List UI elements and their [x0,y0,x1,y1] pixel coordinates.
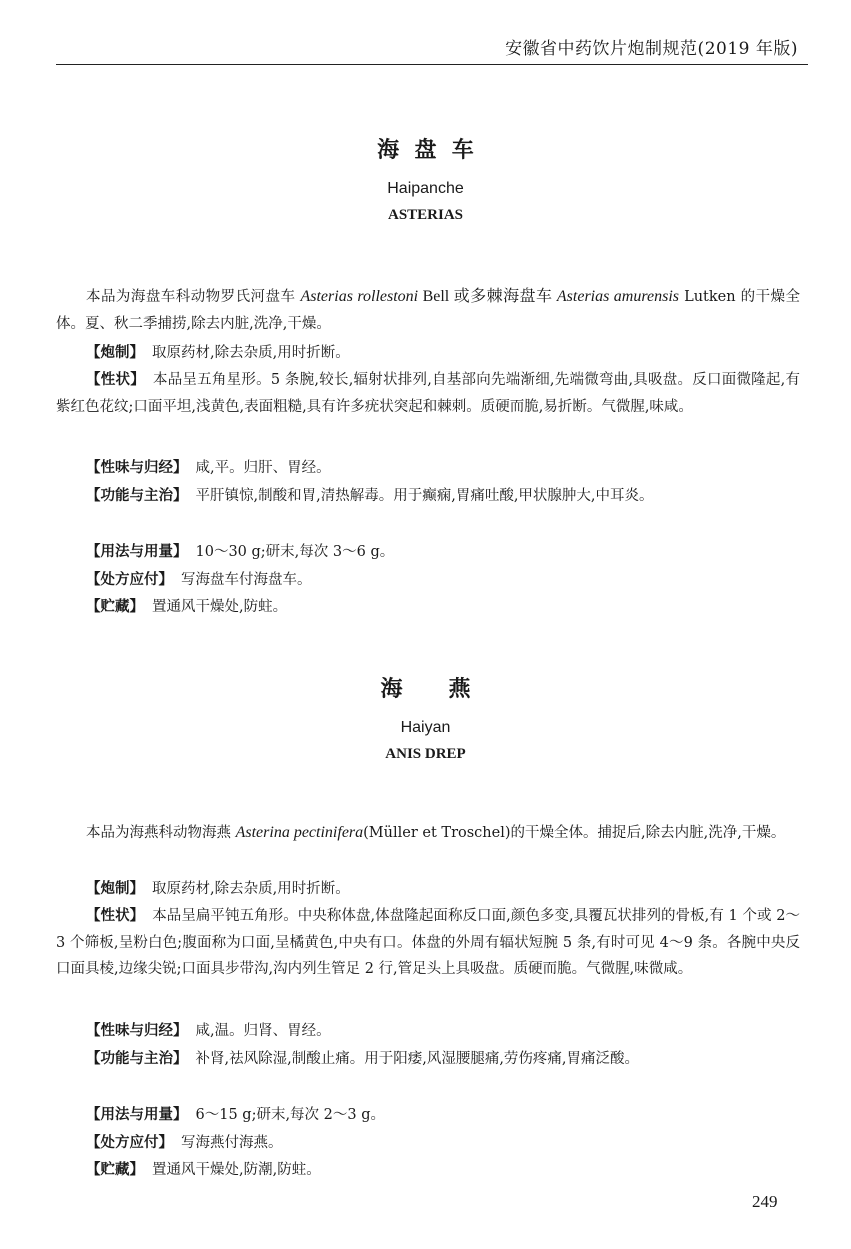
section-dosage: 【用法与用量】6～15 g;研末,每次 2～3 g。 [56,1102,800,1129]
entry-latin-name: ANIS DREP [0,746,851,763]
intro-text: 本品为海盘车科动物罗氏河盘车 [86,289,300,305]
page-number: 249 [752,1192,778,1212]
section-text: 写海盘车付海盘车。 [181,572,312,588]
section-storage: 【贮藏】置通风干燥处,防潮,防蛀。 [56,1157,800,1184]
section-dosage: 【用法与用量】10～30 g;研末,每次 3～6 g。 [56,539,800,566]
section-label: 【性状】 [86,372,145,388]
section-label: 【功能与主治】 [86,1051,188,1067]
intro-text: 本品为海燕科动物海燕 [86,825,236,841]
section-label: 【用法与用量】 [86,1107,188,1123]
section-text: 补肾,祛风除湿,制酸止痛。用于阳痿,风湿腰腿痛,劳伤疼痛,胃痛泛酸。 [196,1051,640,1067]
section-label: 【用法与用量】 [86,544,188,560]
section-function: 【功能与主治】补肾,祛风除湿,制酸止痛。用于阳痿,风湿腰腿痛,劳伤疼痛,胃痛泛酸… [56,1046,800,1073]
book-title: 安徽省中药饮片炮制规范(2019 年版) [505,34,798,59]
intro-text: Bell 或多棘海盘车 [418,288,557,305]
species-name: Asterias amurensis [557,288,679,305]
section-storage: 【贮藏】置通风干燥处,防蛀。 [56,594,800,621]
running-header: 安徽省中药饮片炮制规范(2019 年版) [56,24,808,65]
entry-title: 海 盘 车 [0,133,851,164]
section-label: 【炮制】 [86,345,144,361]
section-text: 本品呈扁平钝五角形。中央称体盘,体盘隆起面称反口面,颜色多变,具覆瓦状排列的骨板… [56,908,800,977]
section-processing: 【炮制】取原药材,除去杂质,用时折断。 [56,340,800,367]
section-label: 【炮制】 [86,881,144,897]
entry-pinyin: Haipanche [0,180,851,198]
section-text: 10～30 g;研末,每次 3～6 g。 [196,544,395,560]
section-description: 【性状】本品呈五角星形。5 条腕,较长,辐射状排列,自基部向先端渐细,先端微弯曲… [56,367,800,420]
section-label: 【性味与归经】 [86,1023,188,1039]
intro-text: (Müller et Troschel)的干燥全体。捕捉后,除去内脏,洗净,干燥… [363,825,785,841]
species-name: Asterina pectinifera [236,824,364,841]
section-label: 【性状】 [86,908,144,924]
section-text: 写海燕付海燕。 [181,1135,283,1151]
section-text: 置通风干燥处,防蛀。 [152,599,287,615]
section-description: 【性状】本品呈扁平钝五角形。中央称体盘,体盘隆起面称反口面,颜色多变,具覆瓦状排… [56,903,800,983]
section-nature-meridian: 【性味与归经】咸,温。归肾、胃经。 [56,1018,800,1045]
section-text: 6～15 g;研末,每次 2～3 g。 [196,1107,386,1123]
section-prescription: 【处方应付】写海盘车付海盘车。 [56,567,800,594]
section-text: 咸,平。归肝、胃经。 [196,460,331,476]
section-nature-meridian: 【性味与归经】咸,平。归肝、胃经。 [56,455,800,482]
entry-pinyin: Haiyan [0,719,851,737]
section-processing: 【炮制】取原药材,除去杂质,用时折断。 [56,876,800,903]
section-label: 【处方应付】 [86,1135,173,1151]
entry-title: 海 燕 [0,672,851,703]
section-function: 【功能与主治】平肝镇惊,制酸和胃,清热解毒。用于癫痫,胃痛吐酸,甲状腺肿大,中耳… [56,483,800,510]
species-name: Asterias rollestoni [300,288,418,305]
section-text: 置通风干燥处,防潮,防蛀。 [152,1162,321,1178]
entry-latin-name: ASTERIAS [0,207,851,224]
section-text: 咸,温。归肾、胃经。 [196,1023,331,1039]
section-label: 【性味与归经】 [86,460,188,476]
section-label: 【贮藏】 [86,599,144,615]
section-text: 本品呈五角星形。5 条腕,较长,辐射状排列,自基部向先端渐细,先端微弯曲,具吸盘… [56,372,800,415]
section-prescription: 【处方应付】写海燕付海燕。 [56,1130,800,1157]
section-label: 【处方应付】 [86,572,173,588]
section-text: 取原药材,除去杂质,用时折断。 [152,345,350,361]
section-text: 平肝镇惊,制酸和胃,清热解毒。用于癫痫,胃痛吐酸,甲状腺肿大,中耳炎。 [196,488,654,504]
section-label: 【贮藏】 [86,1162,144,1178]
intro-paragraph: 本品为海燕科动物海燕 Asterina pectinifera(Müller e… [56,820,800,847]
section-label: 【功能与主治】 [86,488,188,504]
intro-paragraph: 本品为海盘车科动物罗氏河盘车 Asterias rollestoni Bell … [56,284,800,337]
section-text: 取原药材,除去杂质,用时折断。 [152,881,350,897]
